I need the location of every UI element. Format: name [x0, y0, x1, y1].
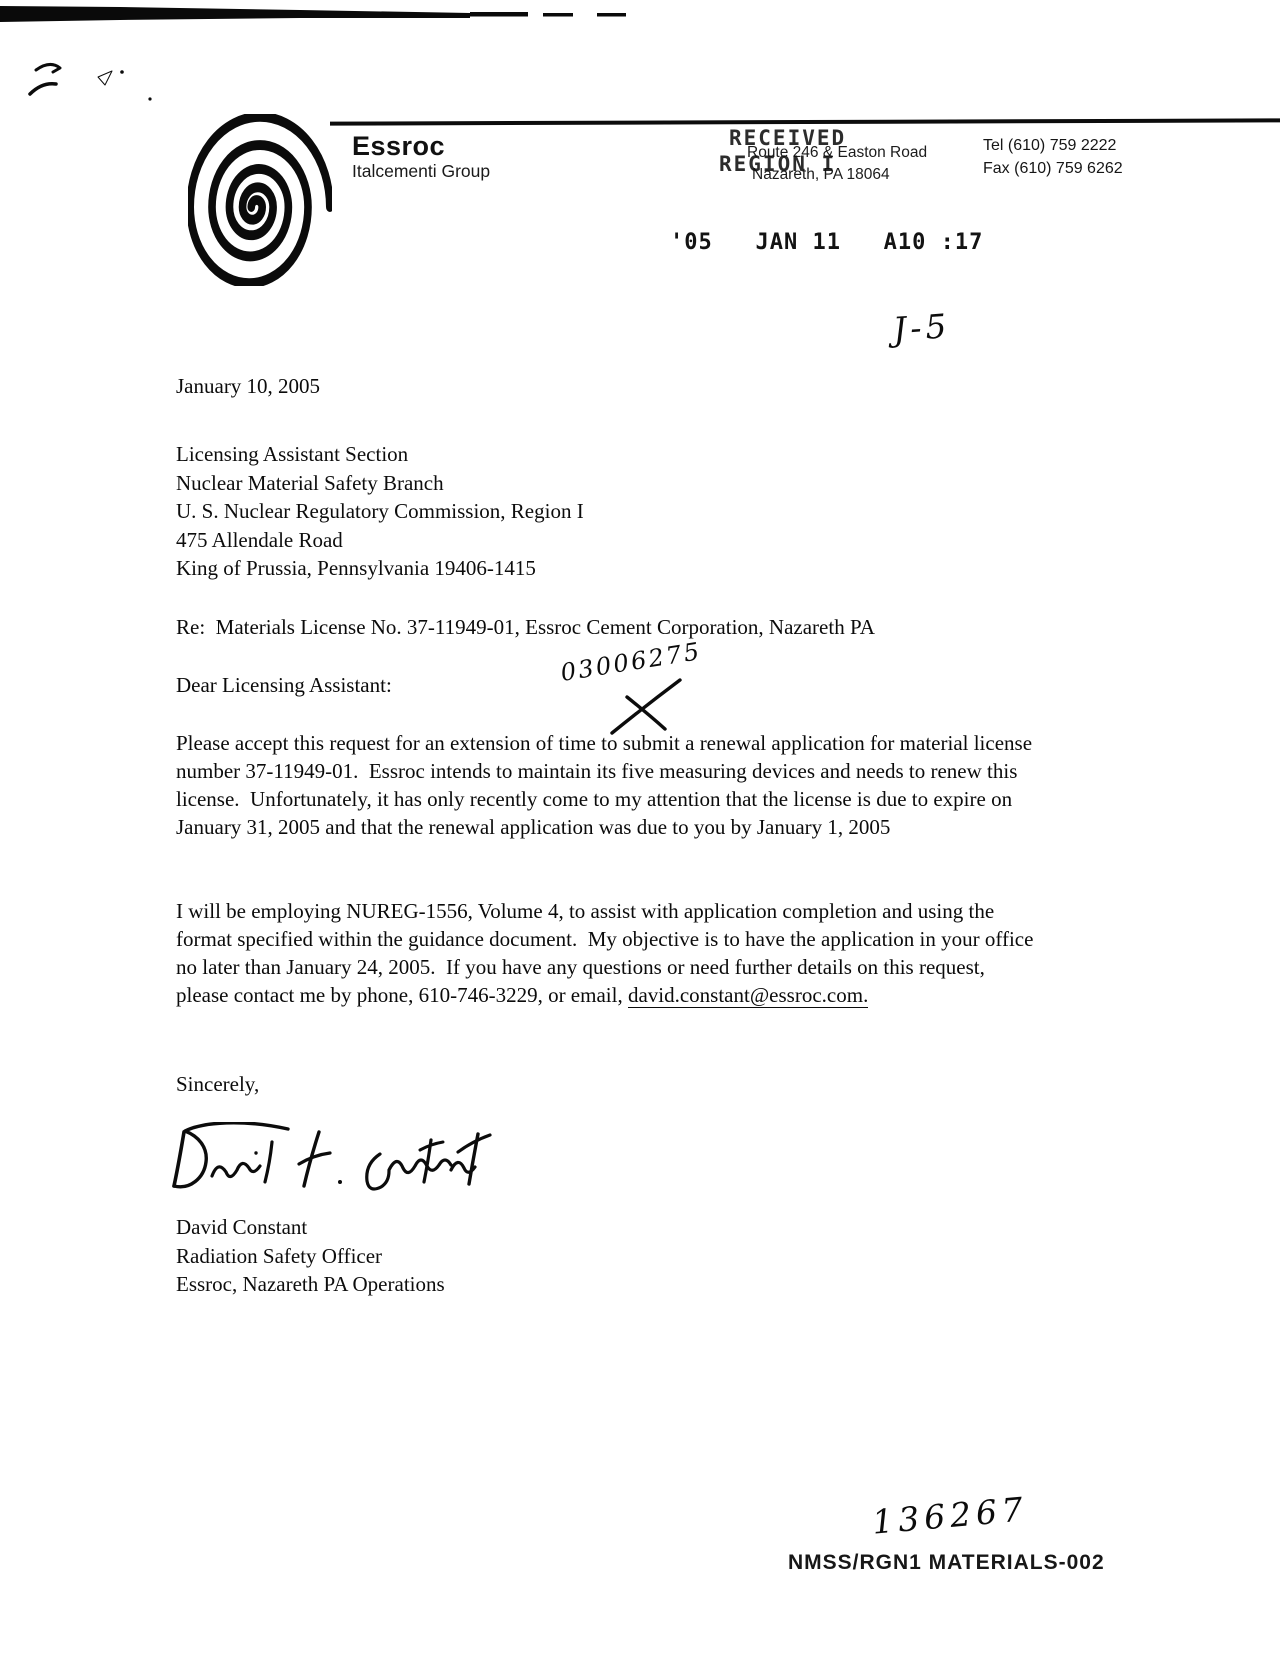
letterhead-fax: Fax (610) 759 6262 [983, 160, 1123, 178]
received-stamp-line1: RECEIVED [729, 126, 846, 150]
closing: Sincerely, [176, 1070, 259, 1098]
recipient-line: Licensing Assistant Section [176, 440, 584, 469]
signer-title: Radiation Safety Officer [176, 1242, 445, 1271]
body-paragraph-2: I will be employing NUREG-1556, Volume 4… [176, 897, 1034, 1009]
company-group: Italcementi Group [352, 161, 490, 182]
company-name: Essroc [352, 131, 445, 162]
re-line: Re: Materials License No. 37-11949-01, E… [176, 613, 875, 641]
accession-number-handwritten: 136267 [871, 1489, 1030, 1541]
body-paragraph-1: Please accept this request for an extens… [176, 729, 1034, 841]
body-paragraph-2-text: I will be employing NUREG-1556, Volume 4… [176, 899, 1039, 1007]
materials-docket-stamp: NMSS/RGN1 MATERIALS-002 [788, 1551, 1105, 1575]
recipient-line: King of Prussia, Pennsylvania 19406-1415 [176, 554, 584, 583]
recipient-line: 475 Allendale Road [176, 526, 584, 555]
signature-handwritten [168, 1122, 498, 1200]
letterhead-rule [330, 118, 1280, 125]
date-received-stamp: '05 JAN 11 A10 :17 [670, 230, 983, 255]
signer-org: Essroc, Nazareth PA Operations [176, 1270, 445, 1299]
routing-code-handwritten: J-5 [892, 306, 952, 349]
scanned-letter-page: Essroc Italcementi Group Route 246 & Eas… [0, 0, 1280, 1664]
email-period: . [863, 983, 868, 1007]
essroc-spiral-logo-icon [188, 114, 332, 286]
email-underlined: david.constant@essroc.com. [628, 983, 868, 1008]
email-address: david.constant@essroc.com [628, 983, 863, 1007]
received-stamp-line2: REGION I [719, 152, 836, 176]
signature-block: David Constant Radiation Safety Officer … [176, 1213, 445, 1299]
letter-date: January 10, 2005 [176, 372, 320, 400]
handwritten-margin-marks [24, 55, 164, 110]
salutation: Dear Licensing Assistant: [176, 671, 392, 699]
signer-name: David Constant [176, 1213, 445, 1242]
letterhead-tel: Tel (610) 759 2222 [983, 137, 1116, 155]
scan-artifact-top-line [0, 0, 660, 30]
recipient-line: Nuclear Material Safety Branch [176, 469, 584, 498]
recipient-address-block: Licensing Assistant Section Nuclear Mate… [176, 440, 584, 583]
recipient-line: U. S. Nuclear Regulatory Commission, Reg… [176, 497, 584, 526]
